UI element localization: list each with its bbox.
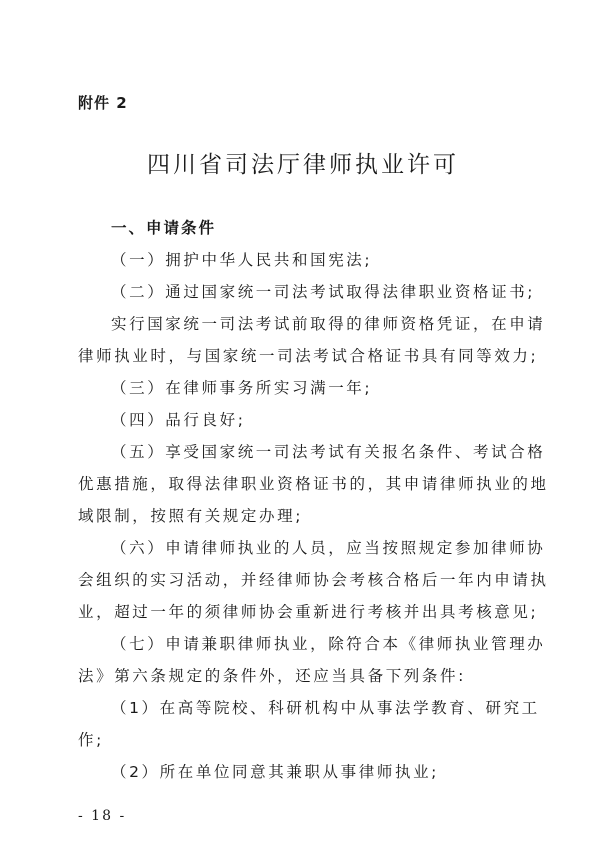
paragraph-line: （1）在高等院校、科研机构中从事法学教育、研究工 <box>78 692 518 724</box>
paragraph-line: 作; <box>78 724 518 756</box>
document-title: 四川省司法厅律师执业许可 <box>0 146 606 179</box>
paragraph-line: （六）申请律师执业的人员，应当按照规定参加律师协 <box>78 532 518 564</box>
paragraph-line: （二）通过国家统一司法考试取得法律职业资格证书; <box>78 276 518 308</box>
paragraph-line: 律师执业时，与国家统一司法考试合格证书具有同等效力; <box>78 340 518 372</box>
paragraph-line: （三）在律师事务所实习满一年; <box>78 372 518 404</box>
paragraph-line: 实行国家统一司法考试前取得的律师资格凭证，在申请 <box>78 308 518 340</box>
attachment-label: 附件 2 <box>78 92 128 113</box>
paragraph-line: （五）享受国家统一司法考试有关报名条件、考试合格 <box>78 436 518 468</box>
paragraph-line: （一）拥护中华人民共和国宪法; <box>78 244 518 276</box>
paragraph-line: （2）所在单位同意其兼职从事律师执业; <box>78 756 518 788</box>
document-body: 一、申请条件 （一）拥护中华人民共和国宪法; （二）通过国家统一司法考试取得法律… <box>78 212 518 788</box>
paragraph-line: 法》第六条规定的条件外，还应当具备下列条件: <box>78 660 518 692</box>
section-heading: 一、申请条件 <box>78 212 518 244</box>
paragraph-line: （七）申请兼职律师执业，除符合本《律师执业管理办 <box>78 628 518 660</box>
paragraph-line: 域限制，按照有关规定办理; <box>78 500 518 532</box>
paragraph-line: （四）品行良好; <box>78 404 518 436</box>
paragraph-line: 优惠措施，取得法律职业资格证书的，其申请律师执业的地 <box>78 468 518 500</box>
paragraph-line: 业，超过一年的须律师协会重新进行考核并出具考核意见; <box>78 596 518 628</box>
paragraph-line: 会组织的实习活动，并经律师协会考核合格后一年内申请执 <box>78 564 518 596</box>
page-number: - 18 - <box>78 808 126 824</box>
